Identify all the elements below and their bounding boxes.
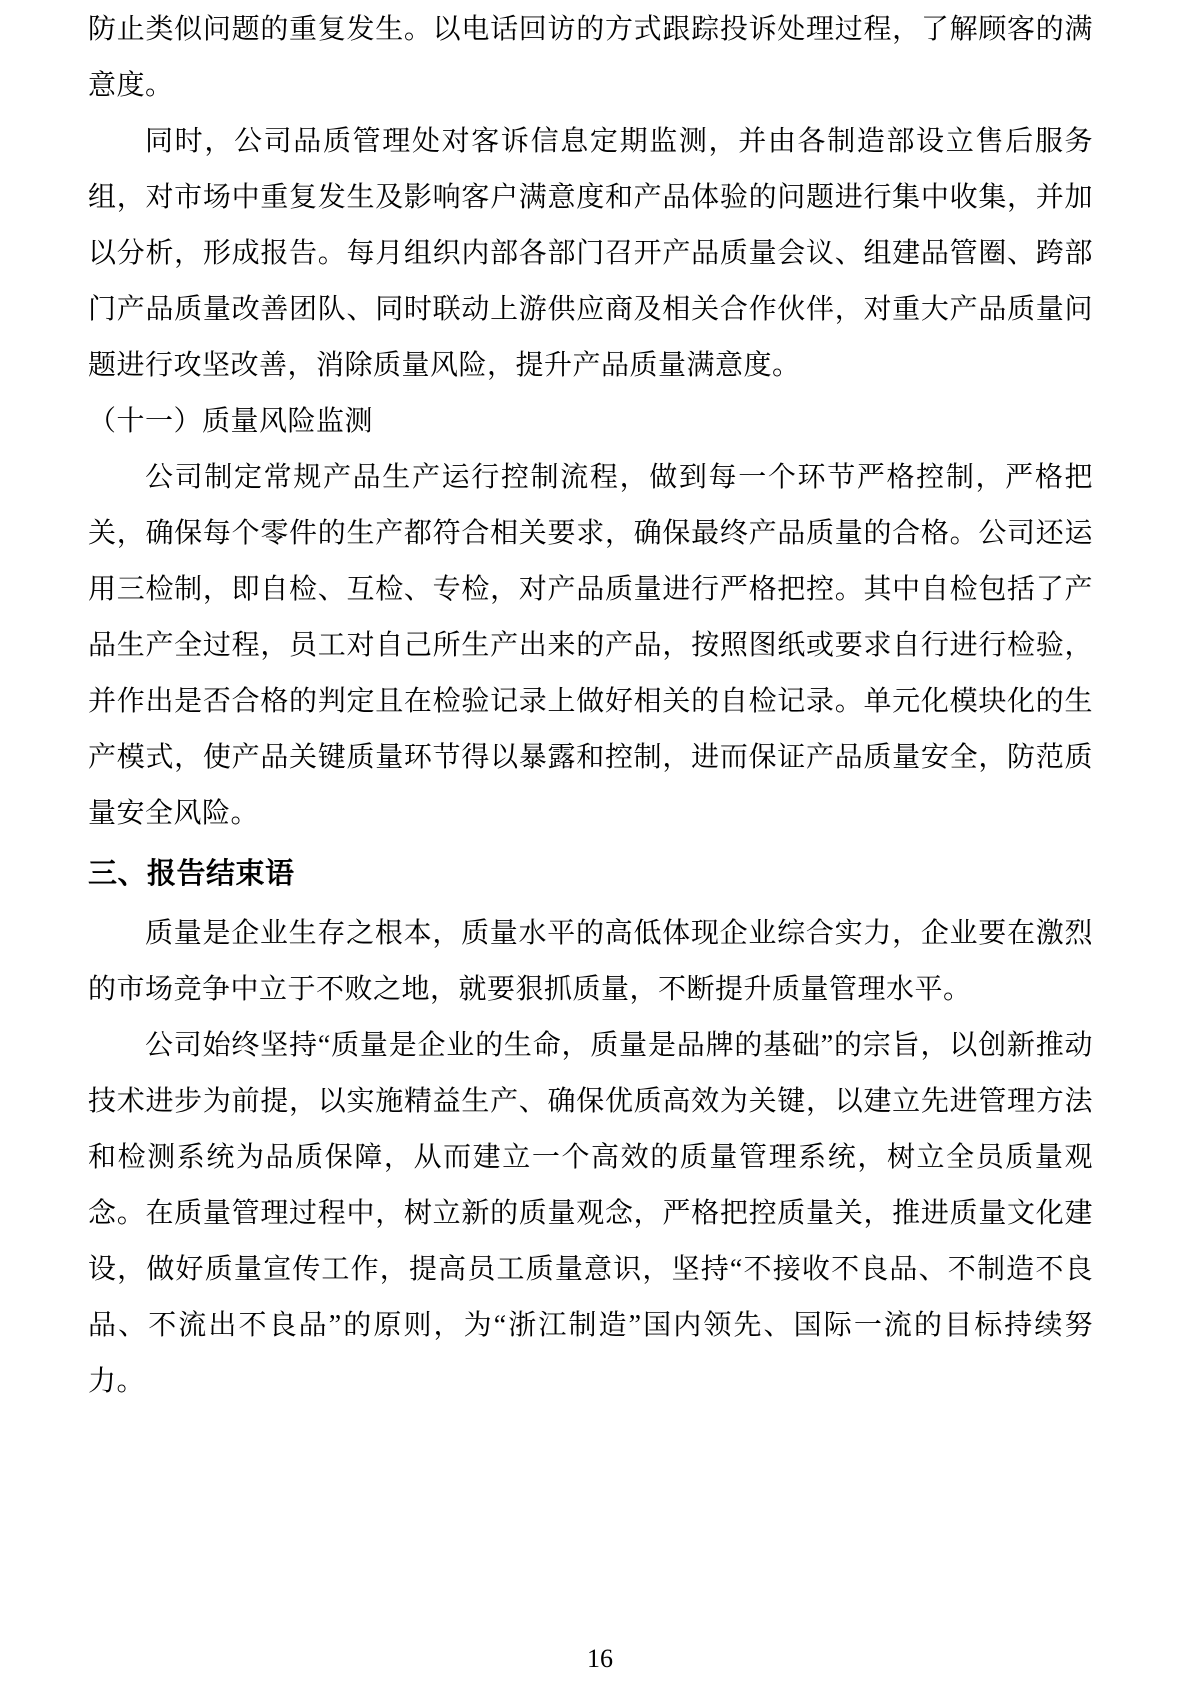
paragraph: 同时，公司品质管理处对客诉信息定期监测，并由各制造部设立售后服务组，对市场中重复… (88, 114, 1093, 394)
subsection-heading: （十一）质量风险监测 (88, 394, 1093, 450)
paragraph: 质量是企业生存之根本，质量水平的高低体现企业综合实力，企业要在激烈的市场竞争中立… (88, 906, 1093, 1018)
paragraph: 防止类似问题的重复发生。以电话回访的方式跟踪投诉处理过程，了解顾客的满意度。 (88, 2, 1093, 114)
document-page: 防止类似问题的重复发生。以电话回访的方式跟踪投诉处理过程，了解顾客的满意度。同时… (0, 0, 1200, 1697)
paragraph: 公司制定常规产品生产运行控制流程，做到每一个环节严格控制，严格把关，确保每个零件… (88, 450, 1093, 842)
page-number: 16 (0, 1642, 1200, 1676)
paragraph: 公司始终坚持“质量是企业的生命，质量是品牌的基础”的宗旨，以创新推动技术进步为前… (88, 1018, 1093, 1410)
document-body: 防止类似问题的重复发生。以电话回访的方式跟踪投诉处理过程，了解顾客的满意度。同时… (88, 2, 1093, 1410)
section-heading: 三、报告结束语 (88, 846, 1093, 902)
